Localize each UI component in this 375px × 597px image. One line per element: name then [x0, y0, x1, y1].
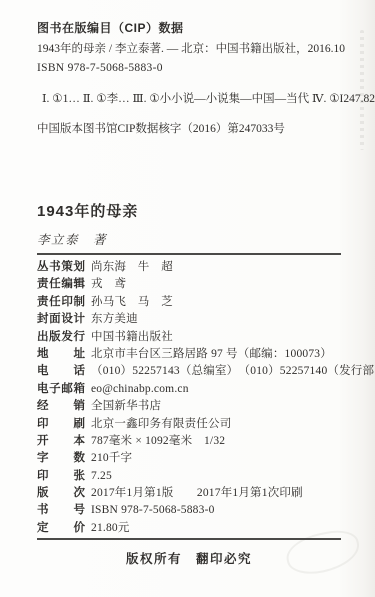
colophon-row-email: 电子邮箱 eo@chinabp.com.cn	[37, 380, 341, 397]
colophon-row-phone: 电话 （010）52257143（总编室） （010）52257140（发行部）	[37, 362, 341, 379]
page-content: 图书在版编目（CIP）数据 1943年的母亲 / 李立泰著. — 北京：中国书籍…	[37, 0, 341, 567]
colophon-row-publisher: 出版发行 中国书籍出版社	[37, 328, 341, 345]
field-label: 丛书策划	[37, 258, 85, 274]
colophon-row-sheets: 印张 7.25	[37, 467, 341, 484]
scan-artifact-right-edge	[360, 30, 364, 150]
book-copyright-page: 图书在版编目（CIP）数据 1943年的母亲 / 李立泰著. — 北京：中国书籍…	[0, 0, 375, 597]
field-value: 戎 鸢	[91, 275, 126, 291]
colophon-row-price: 定价 21.80元	[37, 519, 341, 536]
field-value: 东方美迪	[91, 310, 138, 326]
field-value: 北京市丰台区三路居路 97 号（邮编：100073）	[91, 345, 332, 361]
field-value: 2017年1月第1版 2017年1月第1次印刷	[91, 484, 303, 500]
field-value: 孙马飞 马 芝	[91, 293, 173, 309]
cip-isbn-line: ISBN 978-7-5068-5883-0	[37, 61, 341, 75]
field-value: 7.25	[91, 470, 112, 482]
field-value: 北京一鑫印务有限责任公司	[91, 415, 231, 431]
colophon-row-isbn: 书号 ISBN 978-7-5068-5883-0	[37, 501, 341, 518]
field-label: 电子邮箱	[37, 380, 85, 396]
field-label: 定价	[37, 519, 85, 535]
field-label: 责任印制	[37, 293, 85, 309]
colophon-table: 丛书策划 尚东海 牛 超 责任编辑 戎 鸢 责任印制 孙马飞 马 芝 封面设计 …	[37, 253, 341, 540]
field-label: 经销	[37, 397, 85, 413]
field-value: 787毫米 × 1092毫米 1/32	[91, 432, 225, 448]
field-label: 印刷	[37, 415, 85, 431]
field-label: 地址	[37, 345, 85, 361]
book-author: 李立泰 著	[37, 233, 341, 248]
field-value: 中国书籍出版社	[91, 328, 173, 344]
field-value: 21.80元	[91, 519, 130, 535]
field-label: 印张	[37, 467, 85, 483]
colophon-row-editor: 责任编辑 戎 鸢	[37, 275, 341, 292]
field-label: 开本	[37, 432, 85, 448]
field-label: 封面设计	[37, 310, 85, 326]
colophon-row-word-count: 字数 210千字	[37, 449, 341, 466]
colophon-row-print-supervisor: 责任印制 孙马飞 马 芝	[37, 293, 341, 310]
field-label: 版次	[37, 484, 85, 500]
field-value: eo@chinabp.com.cn	[91, 383, 189, 395]
field-value: （010）52257143（总编室） （010）52257140（发行部）	[91, 362, 375, 378]
field-value: 尚东海 牛 超	[91, 258, 173, 274]
cip-title-line: 1943年的母亲 / 李立泰著. — 北京：中国书籍出版社，2016.10	[37, 42, 341, 56]
cip-registry-line: 中国版本图书馆CIP数据核字（2016）第247033号	[37, 122, 341, 136]
colophon-row-cover-design: 封面设计 东方美迪	[37, 310, 341, 327]
book-title: 1943年的母亲	[37, 202, 341, 222]
copyright-notice: 版权所有 翻印必究	[37, 549, 341, 567]
colophon-row-format: 开本 787毫米 × 1092毫米 1/32	[37, 432, 341, 449]
colophon-row-edition: 版次 2017年1月第1版 2017年1月第1次印刷	[37, 484, 341, 501]
colophon-row-series-planning: 丛书策划 尚东海 牛 超	[37, 258, 341, 275]
field-label: 书号	[37, 501, 85, 517]
cip-header: 图书在版编目（CIP）数据	[37, 21, 341, 35]
colophon-row-printer: 印刷 北京一鑫印务有限责任公司	[37, 415, 341, 432]
field-label: 电话	[37, 362, 85, 378]
colophon-row-address: 地址 北京市丰台区三路居路 97 号（邮编：100073）	[37, 345, 341, 362]
field-label: 字数	[37, 449, 85, 465]
field-value: 全国新华书店	[91, 397, 161, 413]
cip-classification-line: Ⅰ. ①1… Ⅱ. ①李… Ⅲ. ①小小说—小说集—中国—当代 Ⅳ. ①I247…	[37, 92, 341, 106]
field-label: 出版发行	[37, 328, 85, 344]
colophon-row-distribution: 经销 全国新华书店	[37, 397, 341, 414]
field-value: ISBN 978-7-5068-5883-0	[91, 504, 215, 516]
field-label: 责任编辑	[37, 275, 85, 291]
field-value: 210千字	[91, 449, 132, 465]
